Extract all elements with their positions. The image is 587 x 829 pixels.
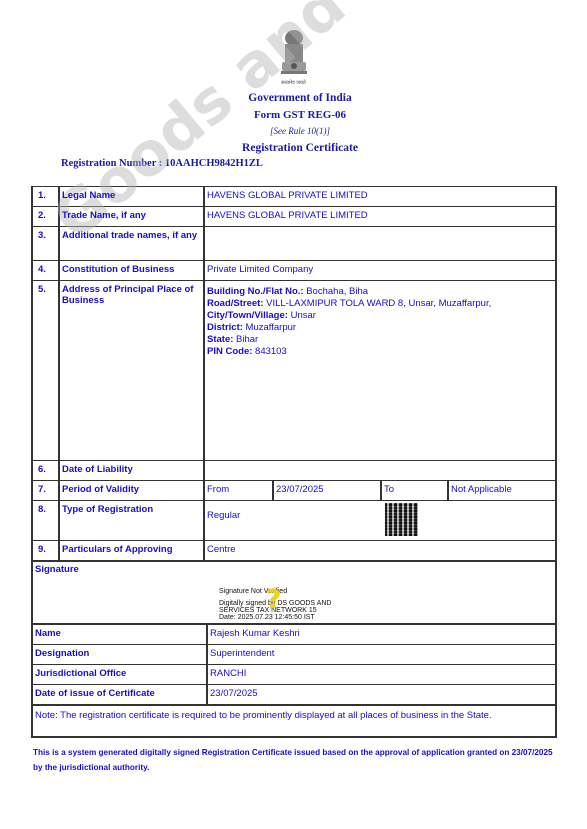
emblem-motto: सत्यमेव जयते xyxy=(0,80,587,86)
row-value: Private Limited Company xyxy=(207,264,313,275)
qr-code xyxy=(385,503,418,536)
address-line: State: Bihar xyxy=(207,334,258,345)
row-value: HAVENS GLOBAL PRIVATE LIMITED xyxy=(207,210,368,221)
national-emblem-icon xyxy=(277,28,311,80)
address-field-value: Unsar xyxy=(291,310,316,321)
row-label: Additional trade names, if any xyxy=(62,230,202,241)
row-label: Legal Name xyxy=(62,190,202,201)
address-field-value: Bihar xyxy=(236,334,258,345)
row-value: Centre xyxy=(207,544,236,555)
validity-from-label: From xyxy=(207,484,229,495)
row-number: 7. xyxy=(38,484,46,495)
form-title: Form GST REG-06 xyxy=(0,109,587,121)
row-label: Address of Principal Place of Business xyxy=(62,284,202,306)
address-field-value: VILL-LAXMIPUR TOLA WARD 8, Unsar, Muzaff… xyxy=(266,298,491,309)
address-line: Road/Street: VILL-LAXMIPUR TOLA WARD 8, … xyxy=(207,298,491,309)
address-field-label: Road/Street: xyxy=(207,298,263,309)
row-label: Type of Registration xyxy=(62,504,202,515)
address-line: PIN Code: 843103 xyxy=(207,346,287,357)
address-field-label: Building No./Flat No.: xyxy=(207,286,304,297)
row-number: 4. xyxy=(38,264,46,275)
address-line: Building No./Flat No.: Bochaha, Biha xyxy=(207,286,368,297)
rule-reference: [See Rule 10(1)] xyxy=(0,126,587,136)
footer-text: This is a system generated digitally sig… xyxy=(33,745,553,775)
row-number: 8. xyxy=(38,504,46,515)
officer-field-value: 23/07/2025 xyxy=(210,688,258,699)
validity-from-date: 23/07/2025 xyxy=(276,484,324,495)
officer-field-label: Date of issue of Certificate xyxy=(35,688,155,699)
row-label: Date of Liability xyxy=(62,464,202,475)
officer-field-label: Designation xyxy=(35,648,89,659)
government-title: Government of India xyxy=(0,92,587,104)
officer-field-value: Superintendent xyxy=(210,648,274,659)
address-field-value: 843103 xyxy=(255,346,287,357)
row-label: Period of Validity xyxy=(62,484,202,495)
address-line: District: Muzaffarpur xyxy=(207,322,296,333)
row-number: 6. xyxy=(38,464,46,475)
certificate-page: सत्यमेव जयते Government of India Form GS… xyxy=(0,0,587,829)
row-number: 2. xyxy=(38,210,46,221)
row-label: Particulars of Approving xyxy=(62,544,202,555)
row-value: HAVENS GLOBAL PRIVATE LIMITED xyxy=(207,190,368,201)
address-field-label: District: xyxy=(207,322,243,333)
address-field-value: Bochaha, Biha xyxy=(306,286,368,297)
address-field-value: Muzaffarpur xyxy=(246,322,297,333)
officer-field-value: RANCHI xyxy=(210,668,246,679)
officer-field-label: Jurisdictional Office xyxy=(35,668,126,679)
address-line: City/Town/Village: Unsar xyxy=(207,310,316,321)
unverified-signature-icon[interactable]: ? xyxy=(266,585,281,615)
address-field-label: City/Town/Village: xyxy=(207,310,288,321)
signature-date: Date: 2025.07.23 12:45:50 IST xyxy=(219,614,315,621)
row-label: Trade Name, if any xyxy=(62,210,202,221)
row-number: 5. xyxy=(38,284,46,295)
officer-field-label: Name xyxy=(35,628,61,639)
row-number: 3. xyxy=(38,230,46,241)
row-label: Constitution of Business xyxy=(62,264,202,275)
validity-to-label: To xyxy=(384,484,394,495)
address-field-label: PIN Code: xyxy=(207,346,252,357)
row-number: 9. xyxy=(38,544,46,555)
validity-to-date: Not Applicable xyxy=(451,484,512,495)
row-value: Regular xyxy=(207,510,240,521)
certificate-title: Registration Certificate xyxy=(0,142,587,154)
officer-field-value: Rajesh Kumar Keshri xyxy=(210,628,300,639)
address-field-label: State: xyxy=(207,334,233,345)
note-text: Note: The registration certificate is re… xyxy=(35,710,492,721)
signature-label: Signature xyxy=(35,564,79,575)
row-number: 1. xyxy=(38,190,46,201)
registration-number: Registration Number : 10AAHCH9842H1ZL xyxy=(61,158,263,169)
